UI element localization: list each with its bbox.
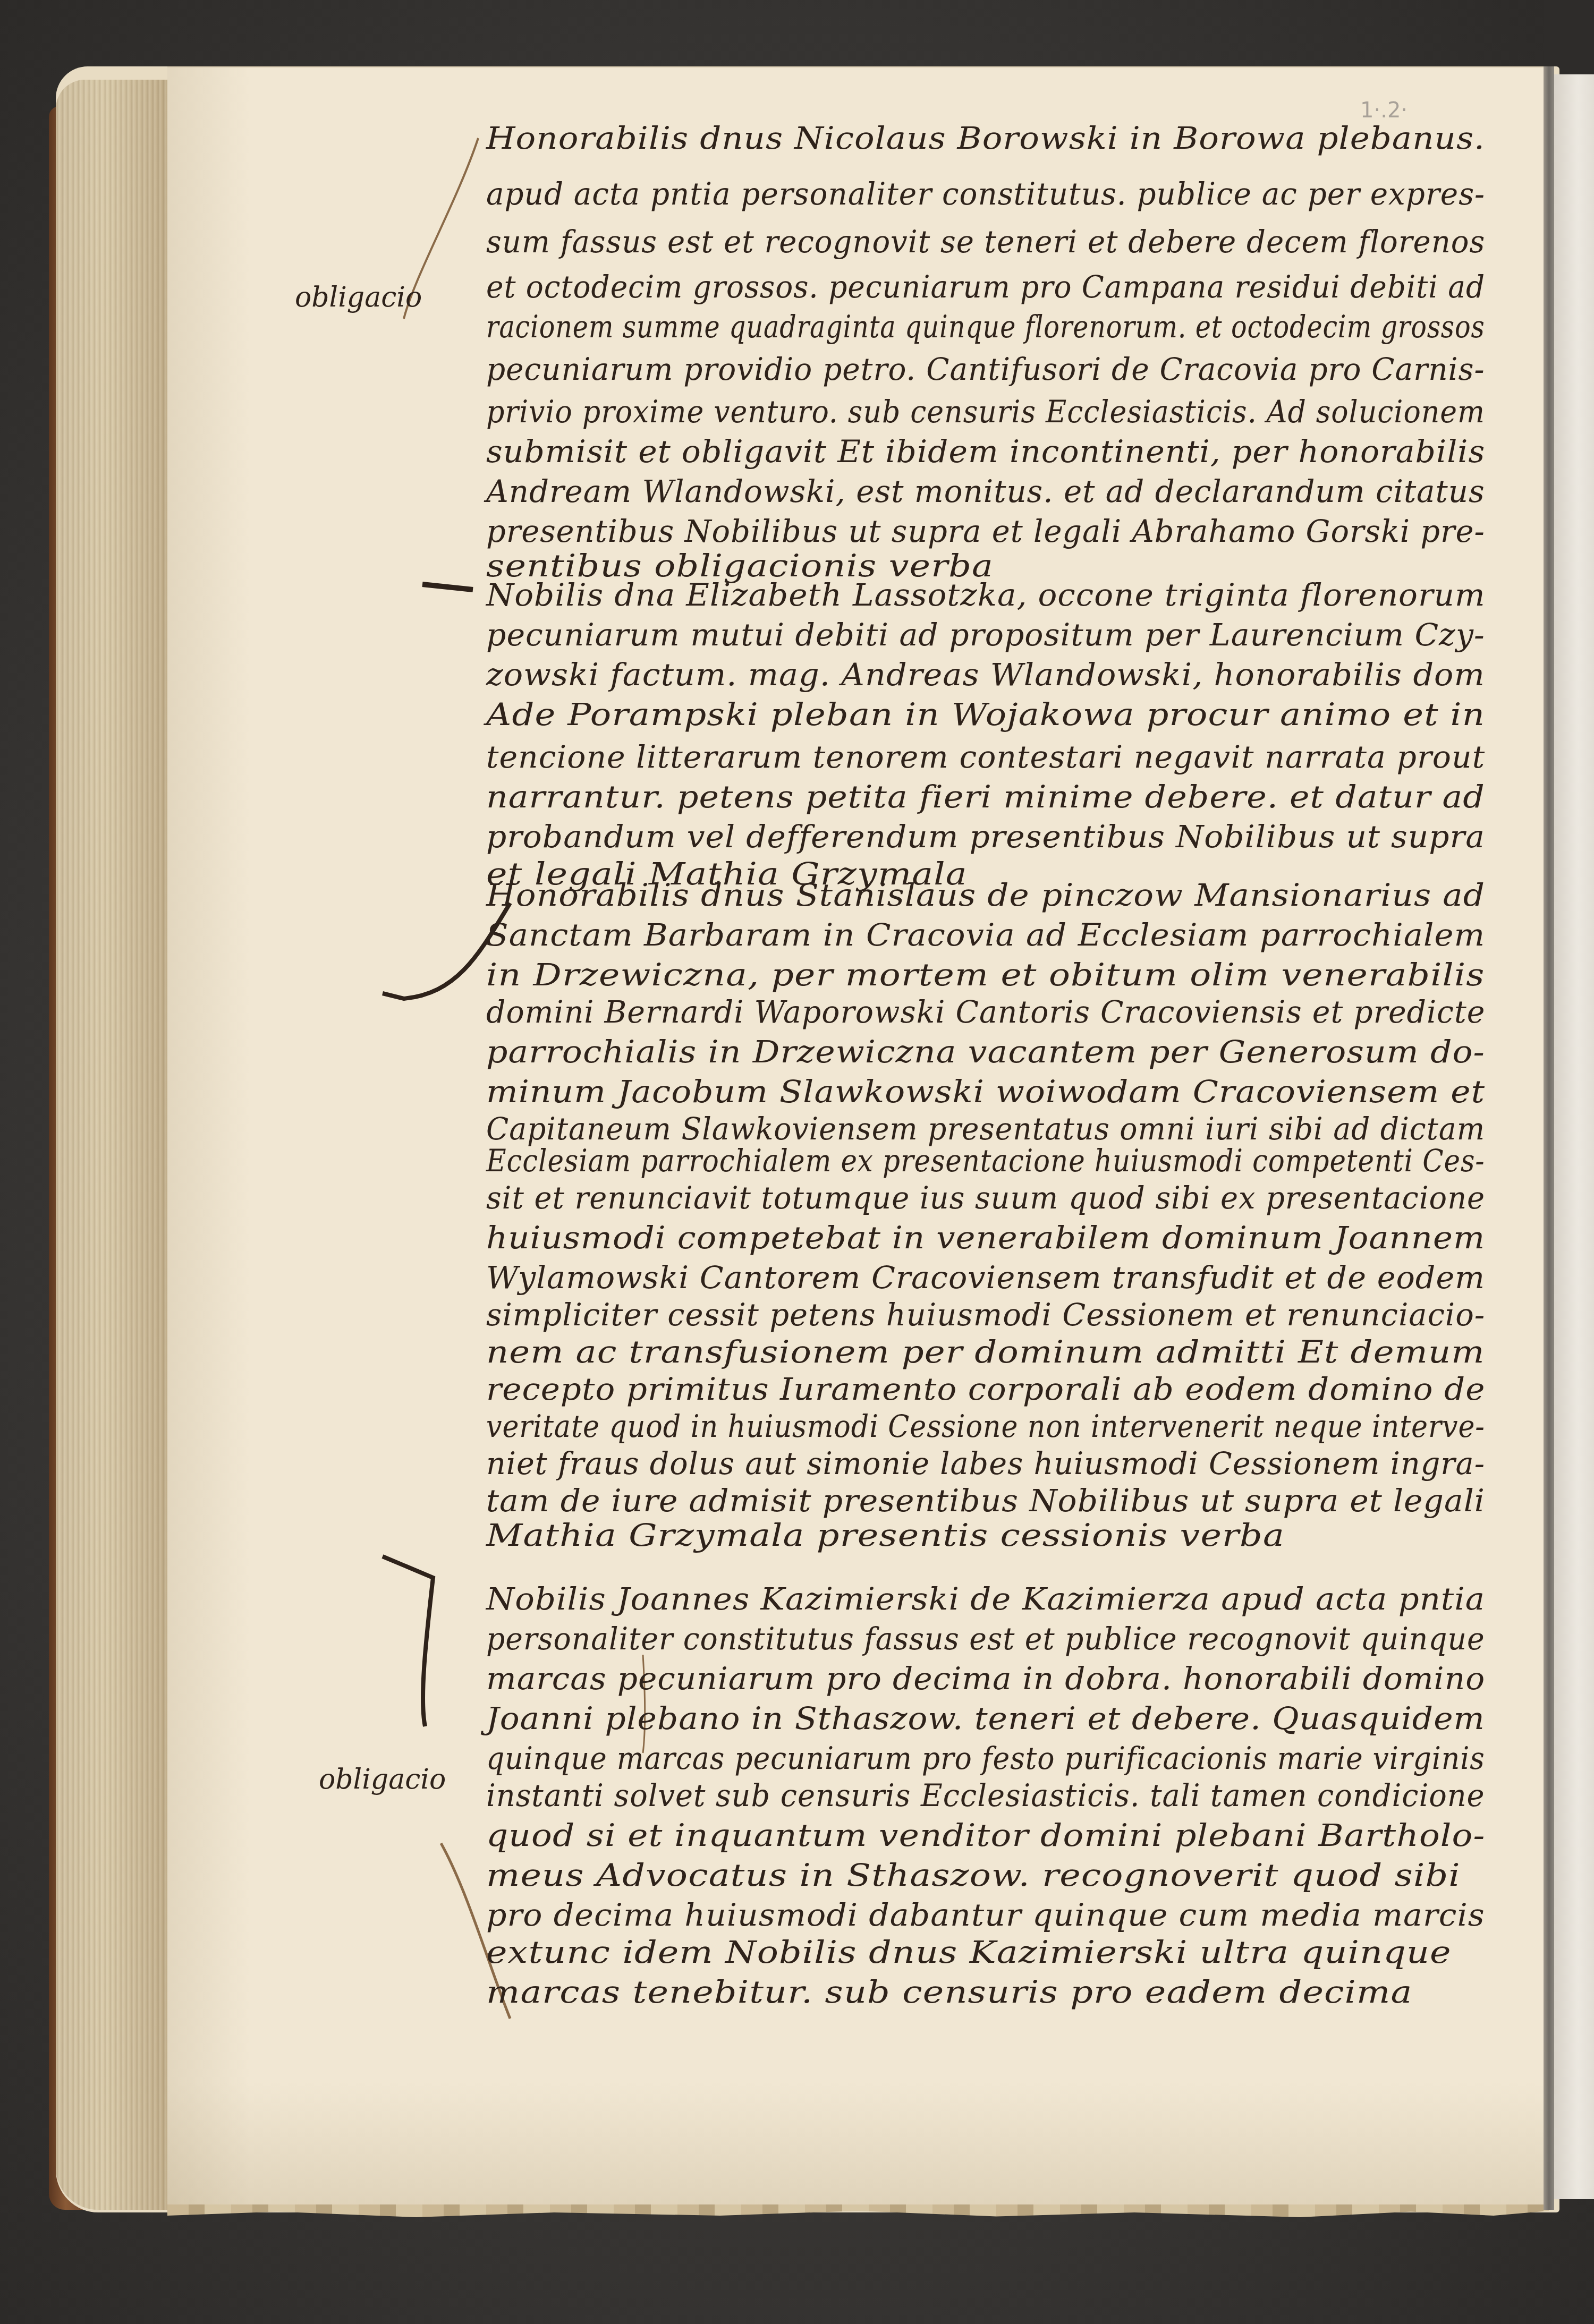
text-line: parrochialis in Drzewiczna vacantem per … <box>486 1033 1485 1070</box>
text-line: huiusmodi competebat in venerabilem domi… <box>486 1219 1485 1256</box>
text-line: minum Jacobum Slawkowski woiwodam Cracov… <box>486 1073 1485 1110</box>
text-line: recepto primitus Iuramento corporali ab … <box>486 1370 1485 1408</box>
text-line: zowski factum. mag. Andreas Wlandowski, … <box>486 656 1485 693</box>
text-line: Nobilis dna Elizabeth Lassotzka, occone … <box>486 576 1485 614</box>
text-line: tencione litterarum tenorem contestari n… <box>486 738 1485 776</box>
text-line: extunc idem Nobilis dnus Kazimierski ult… <box>486 1934 1452 1971</box>
text-line: probandum vel defferendum presentibus No… <box>486 818 1485 855</box>
text-line: marcas tenebitur. sub censuris pro eadem… <box>486 1973 1412 2011</box>
manuscript-text: Honorabilis dnus Nicolaus Borowski in Bo… <box>0 0 1594 2324</box>
text-line: racionem summe quadraginta quinque flore… <box>486 308 1485 345</box>
text-line: pecuniarum providio petro. Cantifusori d… <box>486 351 1485 388</box>
text-line: simpliciter cessit petens huiusmodi Cess… <box>486 1296 1485 1333</box>
text-line: personaliter constitutus fassus est et p… <box>486 1620 1485 1657</box>
text-line: Mathia Grzymala presentis cessionis verb… <box>486 1517 1285 1554</box>
text-line: et octodecim grossos. pecuniarum pro Cam… <box>486 268 1485 305</box>
text-line: nem ac transfusionem per dominum admitti… <box>486 1333 1485 1370</box>
text-line: presentibus Nobilibus ut supra et legali… <box>486 513 1485 550</box>
text-line: quod si et inquantum venditor domini ple… <box>486 1817 1485 1854</box>
text-line: Honorabilis dnus Nicolaus Borowski in Bo… <box>486 120 1485 157</box>
text-line: Sanctam Barbaram in Cracovia ad Ecclesia… <box>486 916 1485 954</box>
text-line: instanti solvet sub censuris Ecclesiasti… <box>486 1777 1485 1814</box>
text-line: pecuniarum mutui debiti ad propositum pe… <box>486 616 1485 653</box>
text-line: Ade Porampski pleban in Wojakowa procur … <box>486 696 1485 733</box>
text-line: pro decima huiusmodi dabantur quinque cu… <box>486 1896 1485 1934</box>
text-line: narrantur. petens petita fieri minime de… <box>486 778 1485 815</box>
text-line: Wylamowski Cantorem Cracoviensem transfu… <box>486 1259 1485 1296</box>
text-line: privio proxime venturo. sub censuris Ecc… <box>486 393 1485 430</box>
text-line: quinque marcas pecuniarum pro festo puri… <box>486 1740 1485 1777</box>
text-line: Ecclesiam parrochialem ex presentacione … <box>486 1142 1485 1179</box>
text-line: meus Advocatus in Sthaszow. recognoverit… <box>486 1857 1461 1894</box>
text-line: Joanni plebano in Sthaszow. teneri et de… <box>486 1700 1485 1737</box>
text-line: veritate quod in huiusmodi Cessione non … <box>486 1408 1485 1445</box>
text-line: Andream Wlandowski, est monitus. et ad d… <box>486 473 1485 510</box>
text-line: submisit et obligavit Et ibidem incontin… <box>486 433 1485 470</box>
text-line: sit et renunciavit totumque ius suum quo… <box>486 1179 1485 1216</box>
text-line: Honorabilis dnus Stanislaus de pinczow M… <box>486 876 1485 914</box>
text-line: sum fassus est et recognovit se teneri e… <box>486 223 1485 260</box>
text-line: marcas pecuniarum pro decima in dobra. h… <box>486 1660 1485 1697</box>
text-line: apud acta pntia personaliter constitutus… <box>486 175 1485 212</box>
text-line: niet fraus dolus aut simonie labes huius… <box>486 1445 1485 1482</box>
text-line: Nobilis Joannes Kazimierski de Kazimierz… <box>486 1580 1485 1618</box>
text-line: in Drzewiczna, per mortem et obitum olim… <box>486 956 1485 993</box>
text-line: domini Bernardi Waporowski Cantoris Crac… <box>486 993 1485 1031</box>
text-line: tam de iure admisit presentibus Nobilibu… <box>486 1482 1485 1519</box>
